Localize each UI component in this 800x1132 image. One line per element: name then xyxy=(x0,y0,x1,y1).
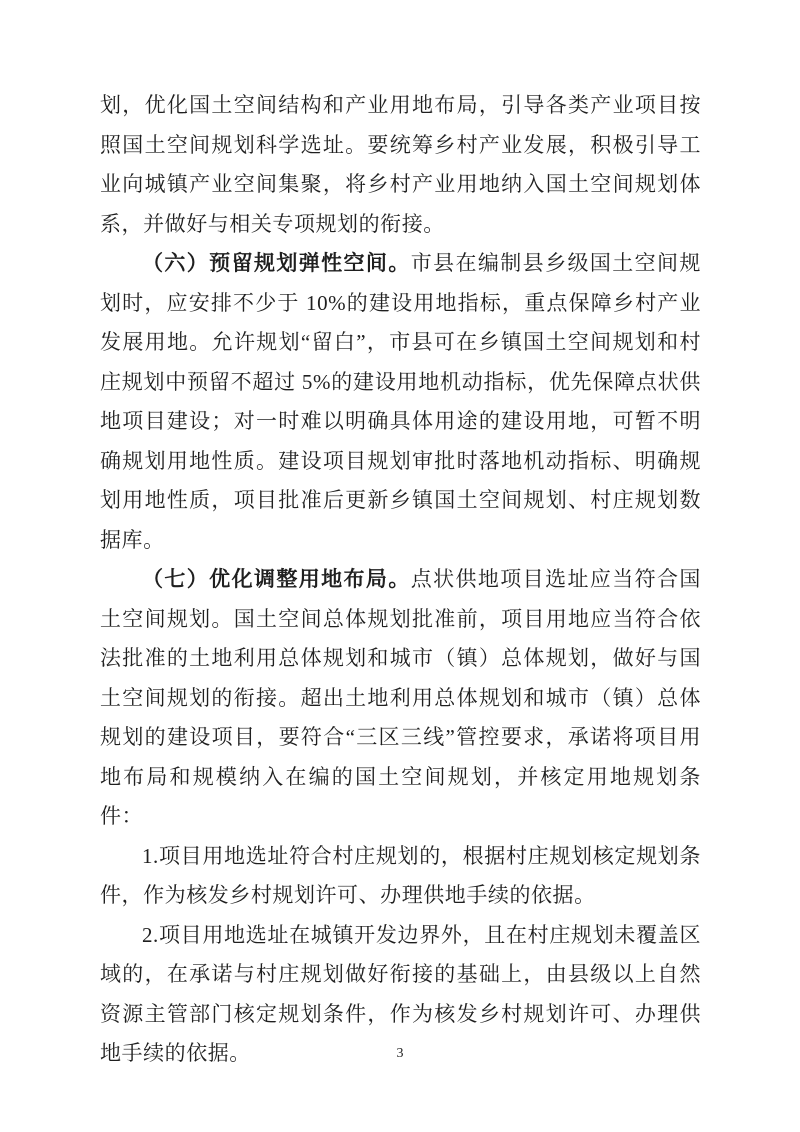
document-body: 划，优化国土空间结构和产业用地布局，引导各类产业项目按照国土空间规划科学选址。要… xyxy=(100,86,701,1074)
paragraph-continuation: 划，优化国土空间结构和产业用地布局，引导各类产业项目按照国土空间规划科学选址。要… xyxy=(100,86,701,244)
section-7-paragraph: （七）优化调整用地布局。点状供地项目选址应当符合国土空间规划。国土空间总体规划批… xyxy=(100,560,701,837)
paragraph-text: 点状供地项目选址应当符合国土空间规划。国土空间总体规划批准前，项目用地应当符合依… xyxy=(100,567,701,828)
paragraph-text: 划，优化国土空间结构和产业用地布局，引导各类产业项目按照国土空间规划科学选址。要… xyxy=(100,93,701,236)
section-7-heading: （七）优化调整用地布局。 xyxy=(142,567,411,591)
paragraph-text: 市县在编制县乡级国土空间规划时，应安排不少于 10%的建设用地指标，重点保障乡村… xyxy=(100,251,701,552)
section-6-heading: （六）预留规划弹性空间。 xyxy=(142,251,411,275)
list-item-1-paragraph: 1.项目用地选址符合村庄规划的，根据村庄规划核定规划条件，作为核发乡村规划许可、… xyxy=(100,837,701,916)
section-6-paragraph: （六）预留规划弹性空间。市县在编制县乡级国土空间规划时，应安排不少于 10%的建… xyxy=(100,244,701,560)
page-number: 3 xyxy=(397,1046,404,1061)
paragraph-text: 1.项目用地选址符合村庄规划的，根据村庄规划核定规划条件，作为核发乡村规划许可、… xyxy=(100,844,701,908)
page-footer: 3 xyxy=(0,1044,800,1064)
document-page: 划，优化国土空间结构和产业用地布局，引导各类产业项目按照国土空间规划科学选址。要… xyxy=(0,0,800,1132)
